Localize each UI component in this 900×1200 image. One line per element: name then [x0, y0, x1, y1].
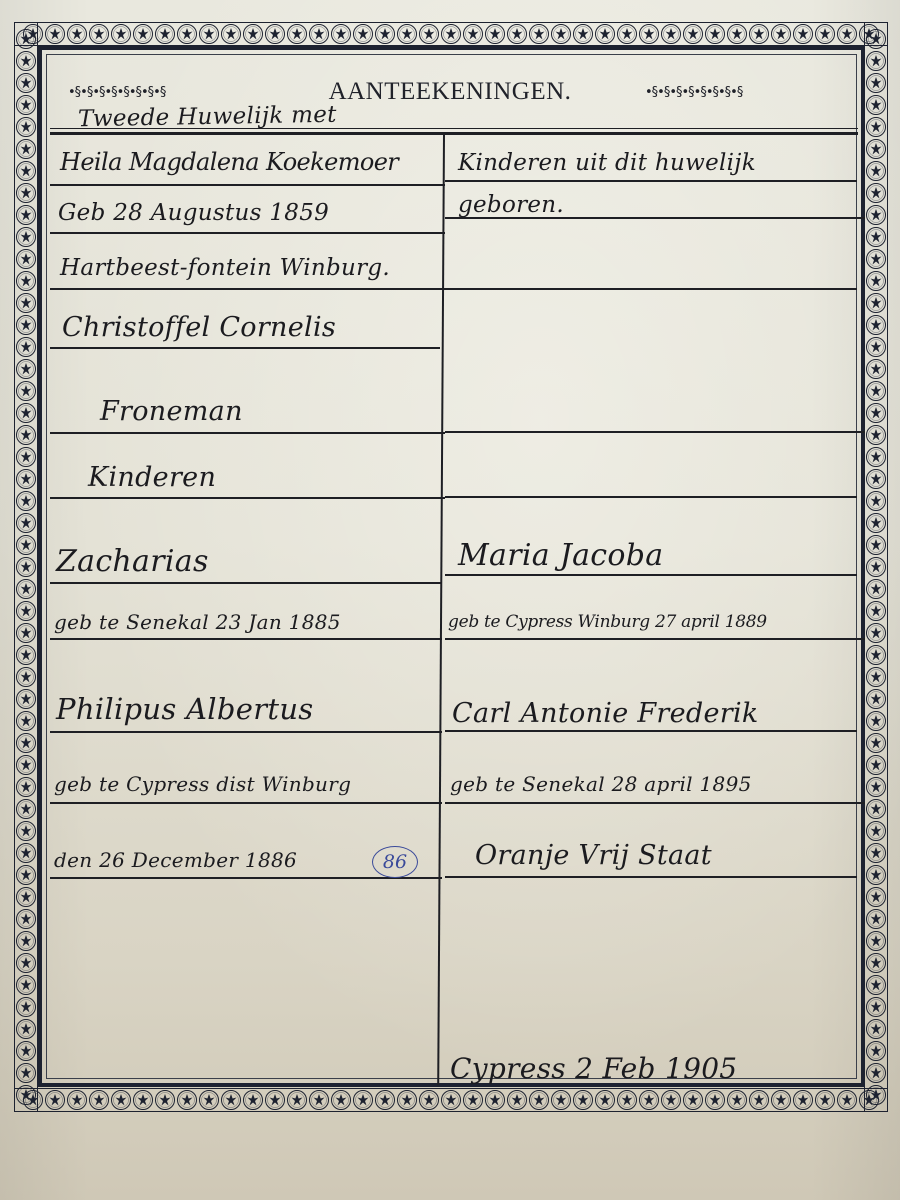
signature-place-date: Cypress 2 Feb 1905 — [450, 1052, 737, 1085]
intro-double-rule-top — [50, 128, 858, 129]
right-note-line-2: geboren. — [458, 192, 564, 218]
left-ruled-line — [50, 877, 442, 879]
child-2-name: Philipus Albertus — [56, 692, 313, 726]
left-ruled-line — [50, 582, 442, 584]
spouse-birth-date: Geb 28 Augustus 1859 — [58, 200, 329, 226]
right-ruled-line — [445, 638, 865, 640]
child-3-name: Maria Jacoba — [458, 538, 663, 573]
left-ruled-line — [50, 347, 440, 349]
left-ruled-line — [50, 802, 442, 804]
child-1-name: Zacharias — [56, 544, 209, 579]
ornamental-border-top — [14, 22, 888, 46]
intro-double-rule-bottom — [50, 132, 858, 135]
left-ruled-line — [50, 731, 442, 733]
right-ruled-line — [445, 288, 857, 290]
right-ruled-line — [445, 574, 857, 576]
left-ruled-line — [50, 184, 445, 186]
header-ornament-right: •§•§•§•§•§•§•§•§ — [645, 85, 742, 100]
children-heading: Kinderen — [88, 462, 216, 493]
ornamental-border-left — [14, 22, 38, 1112]
second-spouse-name: Christoffel Cornelis — [62, 312, 336, 343]
right-ruled-line — [445, 180, 857, 182]
child-4-state: Oranje Vrij Staat — [475, 840, 712, 871]
page-title: AANTEEKENINGEN. — [0, 78, 900, 106]
child-1-birth: geb te Senekal 23 Jan 1885 — [54, 610, 341, 634]
left-ruled-line — [50, 432, 445, 434]
left-ruled-line — [50, 497, 445, 499]
right-ruled-line — [445, 730, 857, 732]
right-ruled-line — [445, 876, 857, 878]
child-2-birth-date: den 26 December 1886 — [54, 848, 297, 872]
right-ruled-line — [445, 431, 865, 433]
child-3-birth: geb te Cypress Winburg 27 april 1889 — [448, 612, 767, 632]
blue-pencil-annotation: 86 — [372, 846, 418, 878]
child-4-name: Carl Antonie Frederik — [452, 698, 759, 729]
left-ruled-line — [50, 638, 442, 640]
ornamental-border-right — [864, 22, 888, 1112]
ornamental-border-bottom — [14, 1088, 888, 1112]
right-ruled-line — [445, 802, 865, 804]
spouse-name: Heila Magdalena Koekemoer — [60, 148, 398, 176]
left-ruled-line — [50, 232, 445, 234]
spouse-birth-place: Hartbeest-fontein Winburg. — [60, 255, 390, 281]
child-4-birth: geb te Senekal 28 april 1895 — [450, 772, 752, 796]
left-ruled-line — [50, 288, 445, 290]
right-note-line-1: Kinderen uit dit huwelijk — [458, 150, 756, 176]
right-ruled-line — [445, 496, 857, 498]
second-spouse-surname: Froneman — [100, 396, 243, 427]
child-2-birth-place: geb te Cypress dist Winburg — [54, 772, 351, 796]
